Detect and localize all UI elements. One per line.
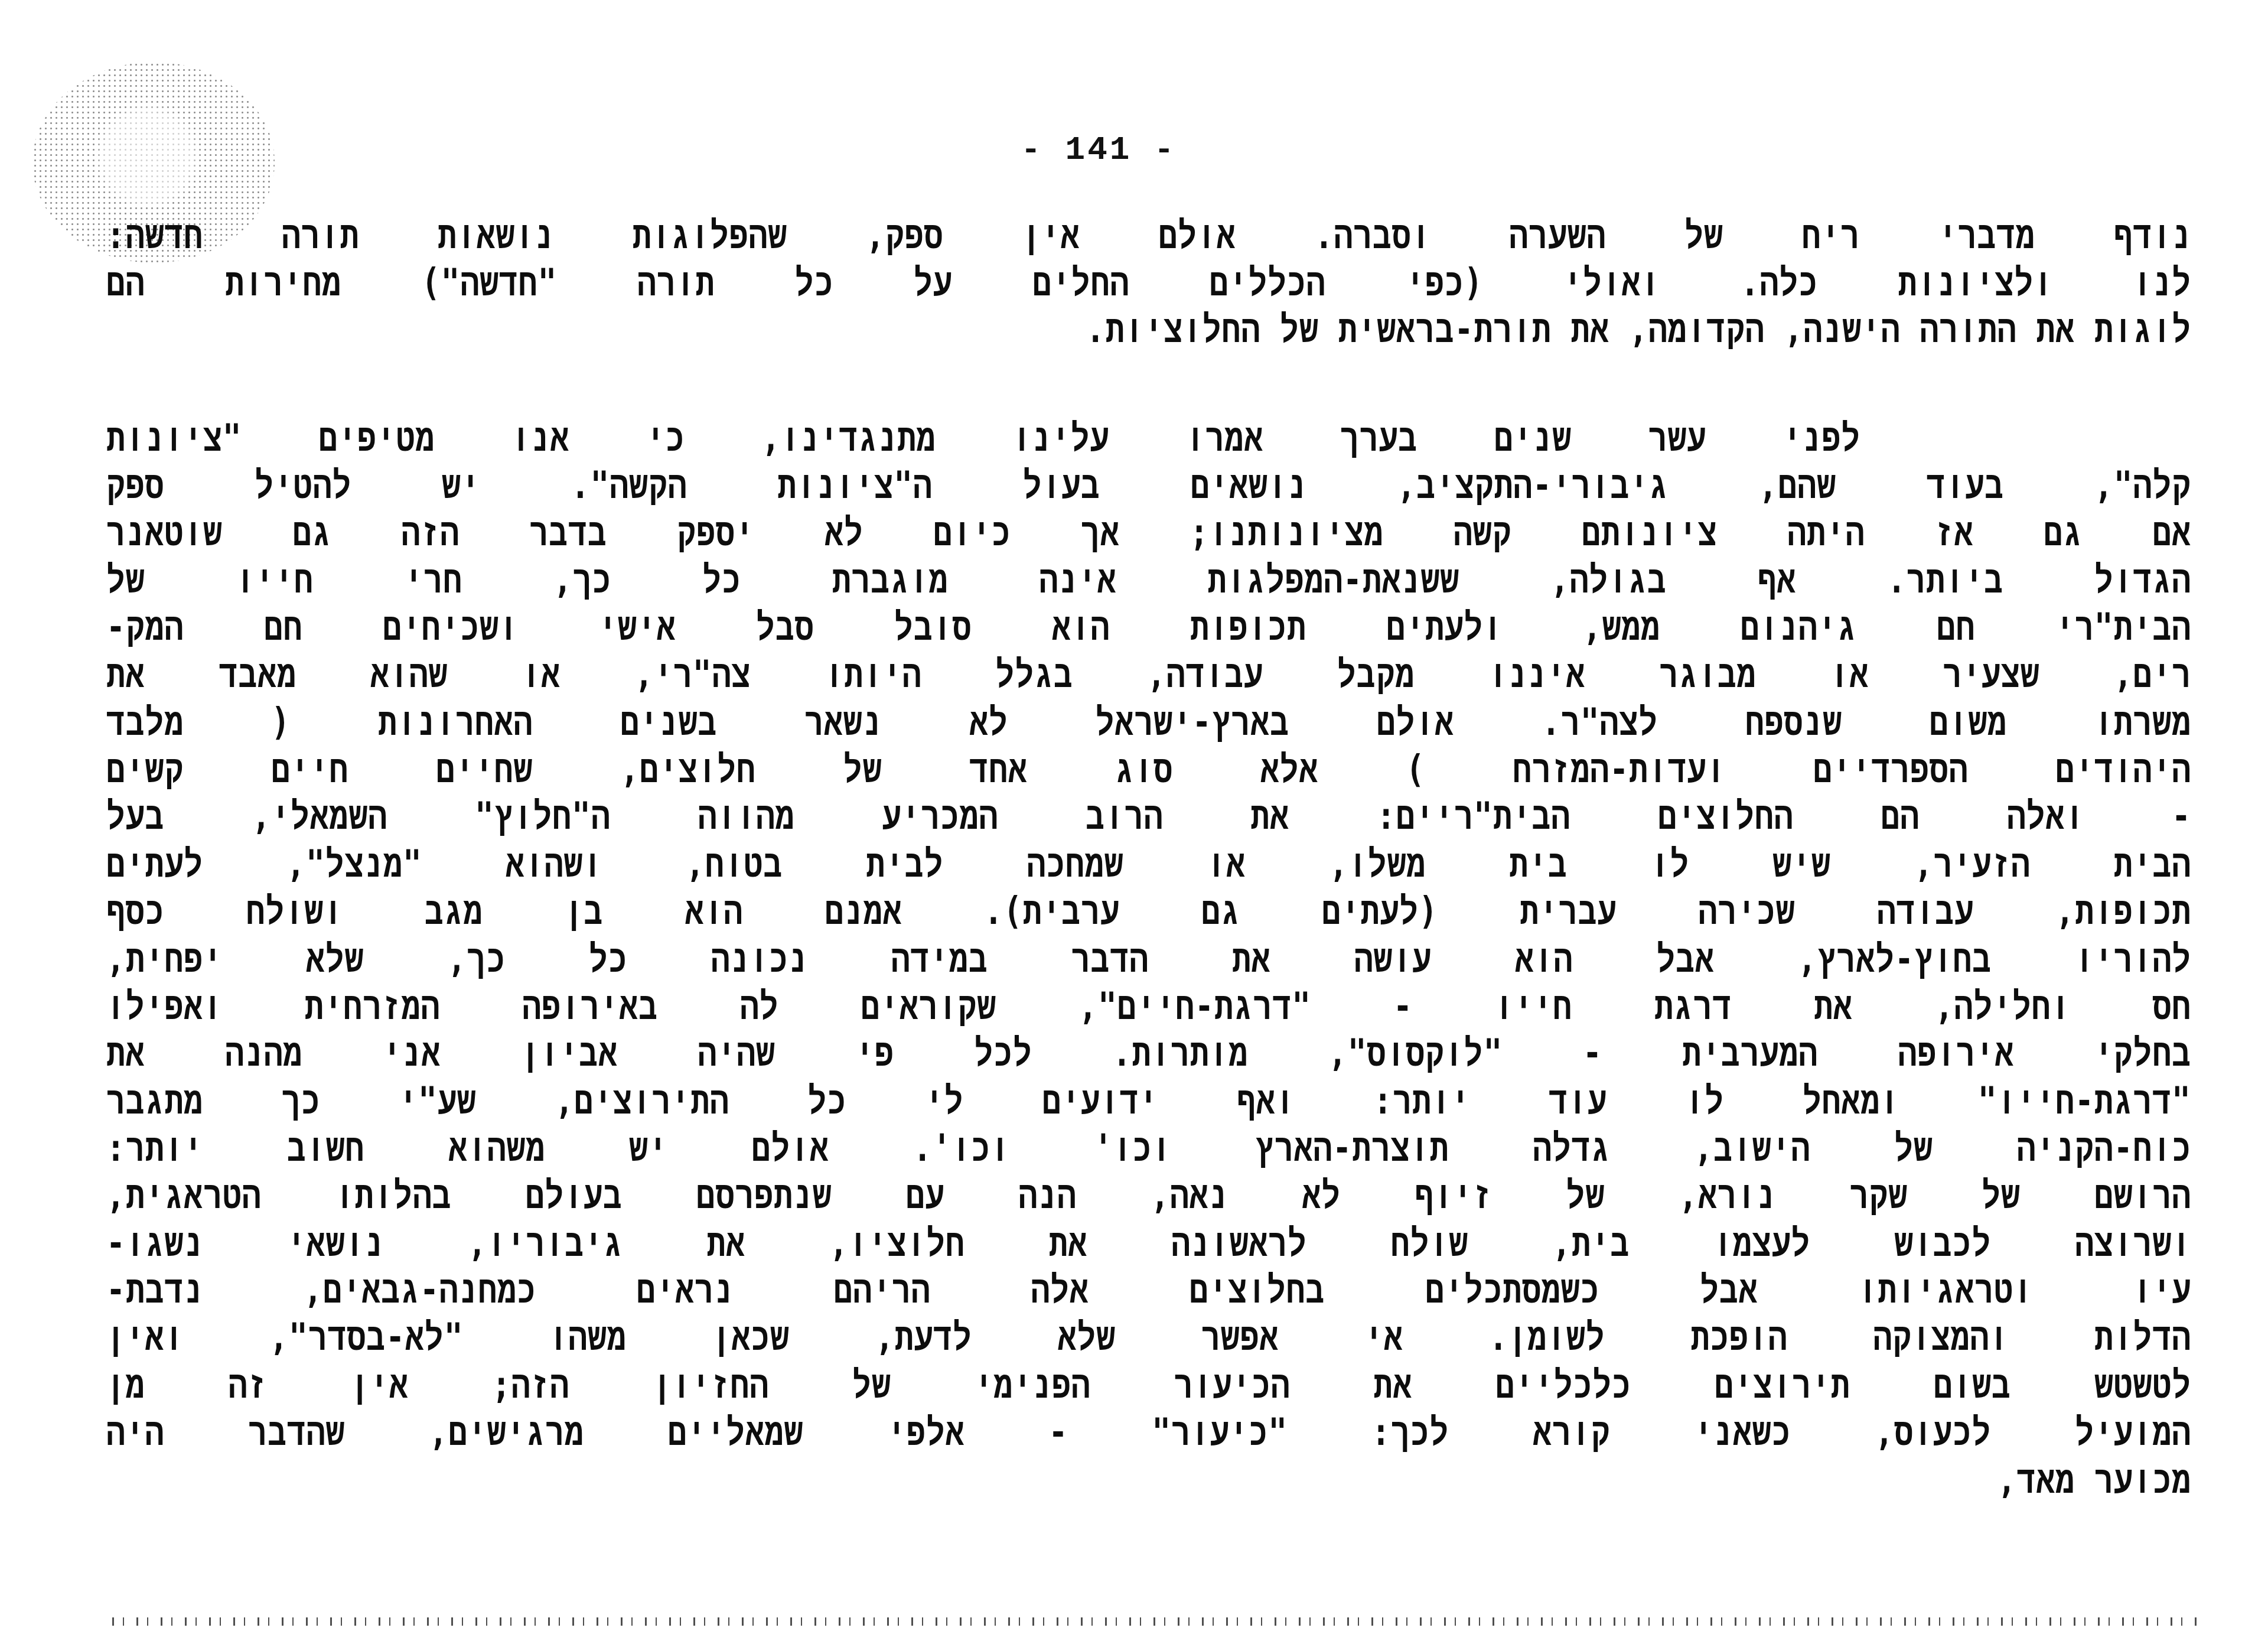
paragraph-1: נודף מדברי ריח של השערה וסברה. אולם אין …: [106, 214, 2191, 355]
text-line: תכופות, עבודה שכירה עברית (לעתים גם ערבי…: [106, 890, 2191, 937]
page-number: - 141 -: [921, 131, 1276, 169]
text-line: המועיל לכעוס, כשאני קורא לכך: "כיעור" - …: [106, 1411, 2191, 1458]
text-line: לנו ולציונות כלה. ואולי (כפי הכללים החלי…: [106, 261, 2191, 308]
text-line: הגדול ביותר. אף בגולה, ששנאת-המפלגות אינ…: [106, 558, 2191, 605]
text-line: אם גם אז היתה ציונותם קשה מציונותנו; אך …: [106, 511, 2191, 558]
text-line: - ואלה הם החלוצים הבית"ריים: את הרוב המכ…: [106, 795, 2191, 842]
text-line: הרושם של שקר נורא, של זיוף לא נאה, הנה ע…: [106, 1174, 2191, 1222]
text-line: ושרוצה לכבוש לעצמו בית, שולח לראשונה את …: [106, 1222, 2191, 1269]
text-line: משרתו משום שנספח לצה"ר. אולם בארץ-ישראל …: [106, 701, 2191, 748]
text-line: נודף מדברי ריח של השערה וסברה. אולם אין …: [106, 214, 2191, 261]
text-line: הבית"רי חם גיהנום ממש, ולעתים תכופות הוא…: [106, 606, 2191, 653]
text-line: כוח-הקניה של הישוב, גדלה תוצרת-הארץ וכו'…: [106, 1127, 2191, 1174]
paragraph-2: לפני עשר שנים בערך אמרו עלינו מתנגדינו, …: [106, 416, 2191, 1506]
text-line: עיו וטראגיותו אבל כשמסתכלים בחלוצים אלה …: [106, 1269, 2191, 1316]
text-line: מכוער מאד,: [106, 1458, 2191, 1505]
document-page: - 141 - נודף מדברי ריח של השערה וסברה. א…: [0, 0, 2268, 1631]
text-line: הבית הזעיר, שיש לו בית משלו, או שמחכה לב…: [106, 842, 2191, 890]
text-line: לטשטש בשום תירוצים כלכליים את הכיעור הפנ…: [106, 1363, 2191, 1411]
text-line: "דרגת-חייו" ומאחל לו עוד יותר: ואף ידועי…: [106, 1079, 2191, 1127]
text-line: חס וחלילה, את דרגת חייו - "דרגת-חיים", ש…: [106, 985, 2191, 1032]
text-line: לוגות את התורה הישנה, הקדומה, את תורת-בר…: [106, 308, 2191, 356]
text-line: רים, שצעיר או מבוגר איננו מקבל עבודה, בג…: [106, 653, 2191, 701]
text-line: בחלקי אירופה המערבית - "לוקסוס", מותרות.…: [106, 1032, 2191, 1079]
text-line: היהודים הספרדיים ועדות-המזרח ) אלא סוג א…: [106, 748, 2191, 795]
text-line: קלה", בעוד שהם, גיבורי-התקציב, נושאים בע…: [106, 464, 2191, 511]
text-line: הדלות והמצוקה הופכת לשומן. אי אפשר שלא ל…: [106, 1316, 2191, 1363]
scan-artifact-dotted-line: [112, 1617, 2203, 1626]
text-line: לפני עשר שנים בערך אמרו עלינו מתנגדינו, …: [106, 416, 2191, 464]
text-line: להוריו בחוץ-לארץ, אבל הוא עושה את הדבר ב…: [106, 937, 2191, 985]
